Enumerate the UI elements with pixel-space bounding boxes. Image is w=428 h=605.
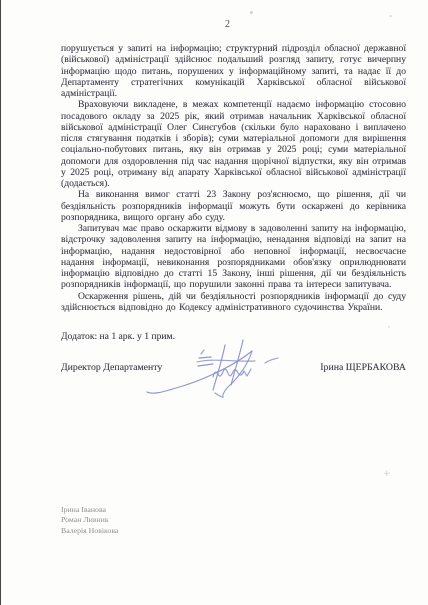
paragraph: На виконання вимог статті 23 Закону роз'… [61,189,406,223]
scanned-document-page: 2 порушується у запиті на інформацію; ст… [0,0,428,605]
executors-list: Ірина Іванова Роман Ливник Валерія Новік… [61,505,118,536]
paragraph: Оскарження рішень, дій чи бездіяльності … [61,291,406,314]
executor-name: Валерія Новікова [61,526,118,536]
handwritten-signature [143,338,283,402]
paragraph: порушується у запиті на інформацію; стру… [61,43,406,99]
page-number: 2 [225,19,230,30]
executor-name: Ірина Іванова [61,505,118,515]
scan-plus-mark: + [383,469,391,479]
scan-edge-artifact [0,0,1,605]
letter-body: порушується у запиті на інформацію; стру… [61,43,406,313]
scan-speck [389,15,392,17]
scan-speck [250,11,253,14]
executor-name: Роман Ливник [61,515,118,525]
scan-smudge: , [388,320,390,329]
paragraph: Враховуючи викладене, в межах компетенці… [61,99,406,189]
signer-name: Ірина ЩЕРБАКОВА [320,362,406,373]
paragraph: Запитувач має право оскаржити відмову в … [61,223,406,291]
